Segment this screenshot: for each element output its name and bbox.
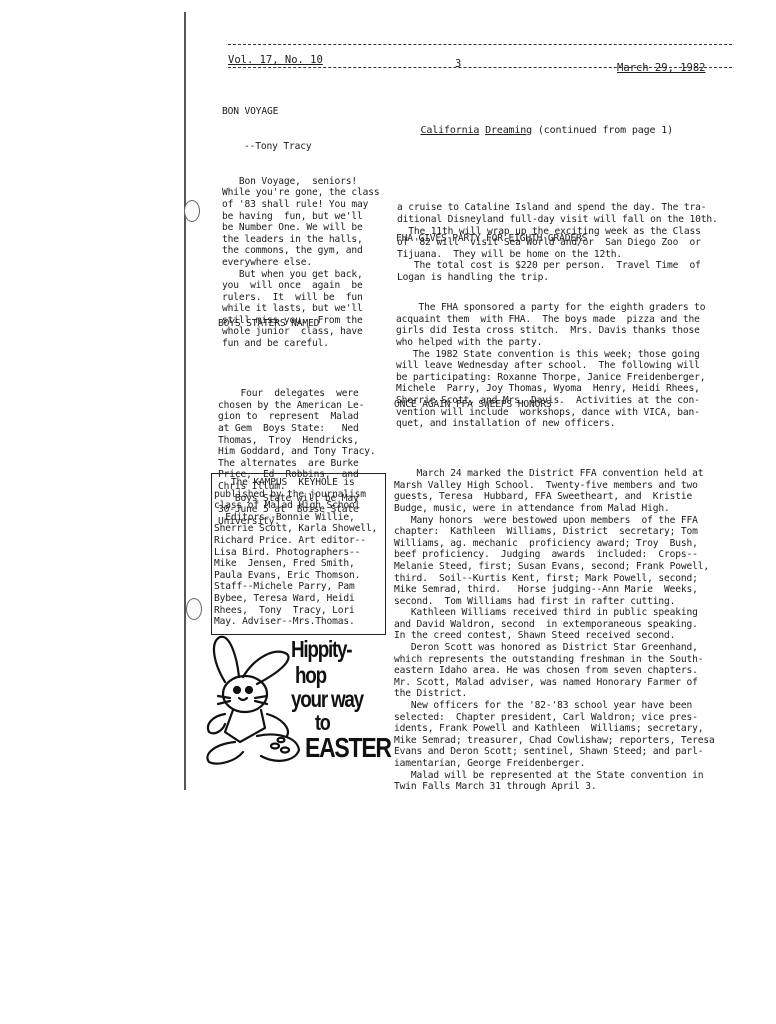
ad-line-1: Hippity- [291,636,351,663]
masthead-box: The KAMPUS KEYHOLE ispublished by the jo… [211,473,386,635]
text-line: Marsh Valley High School. Twenty-five me… [394,480,715,492]
text-line: everywhere else. [222,257,380,269]
article-title: BOYS STATERS NAMED [218,318,376,330]
ffa-article: ONCE AGAIN FFA SWEEPS HONORS March 24 ma… [394,376,715,804]
text-line: who helped with the party. [396,337,705,349]
text-line: March 24 marked the District FFA convent… [394,468,715,480]
text-line: Williams, ag. mechanic proficiency award… [394,538,715,550]
text-line: and David Waldron, second in extemporane… [394,619,715,631]
ad-line-3: your way [291,686,363,713]
text-line: Many honors were bestowed upon members o… [394,515,715,527]
hole-punch-bottom [186,598,202,620]
text-line: guests, Teresa Hubbard, FFA Sweetheart, … [394,491,715,503]
text-line: at Gem Boys State: Ned [218,423,376,435]
text-line: eastern Idaho area. He was chosen from s… [394,665,715,677]
text-line: idents, Frank Powell and Kathleen Willia… [394,723,715,735]
text-line: The alternates are Burke [218,458,376,470]
title-part: California [420,125,479,136]
text-line: chosen by the American Le- [218,400,376,412]
text-line: beef proficiency. Judging awards include… [394,549,715,561]
page-number: 3 [455,58,461,70]
masthead-text: The KAMPUS KEYHOLE ispublished by the jo… [212,474,385,628]
text-line: Lisa Bird. Photographers-- [214,547,385,559]
text-line: Staff--Michele Parry, Pam [214,581,385,593]
text-line: Richard Price. Art editor-- [214,535,385,547]
ad-line-5: EASTER [305,732,391,764]
text-line: The KAMPUS KEYHOLE is [214,477,385,489]
text-line: selected: Chapter president, Carl Waldro… [394,712,715,724]
text-line: Mike Semrad, third. Horse judging--Ann M… [394,584,715,596]
text-line: Mr. Scott, Malad adviser, was named Hono… [394,677,715,689]
text-line: class of Malad High School [214,500,385,512]
text-line: the commons, the gym, and [222,245,380,257]
article-byline: --Tony Tracy [222,141,380,153]
text-line: the leaders in the halls, [222,234,380,246]
bunny-icon [195,632,305,767]
text-line: Him Goddard, and Tony Tracy. [218,446,376,458]
text-line: you will once again be [222,280,380,292]
article-title: ONCE AGAIN FFA SWEEPS HONORS [394,399,715,411]
binding-line [184,12,186,790]
text-line: Rhees, Tony Tracy, Lori [214,605,385,617]
text-line: While you're gone, the class [222,187,380,199]
text-line: Melanie Steed, first; Susan Evans, secon… [394,561,715,573]
text-line: gion to represent Malad [218,411,376,423]
easter-ad: Hippity- hop your way to EASTER [195,632,395,767]
text-line: Paula Evans, Eric Thomson. [214,570,385,582]
text-line: acquaint them with FHA. The boys made pi… [396,314,705,326]
text-line: Deron Scott was honored as District Star… [394,642,715,654]
text-line: New officers for the '82-'83 school year… [394,700,715,712]
text-line: Malad will be represented at the State c… [394,770,715,782]
text-line: will leave Wednesday after school. The f… [396,360,705,372]
text-line: Twin Falls March 31 through April 3. [394,781,715,793]
text-line: Sherrie Scott, Karla Showell, [214,523,385,535]
article-title: FHA GIVES PARTY FOR EIGHTH GRADERS [396,233,705,245]
text-line: the District. [394,688,715,700]
ad-line-2: hop [295,662,326,689]
article-title: BON VOYAGE [222,106,380,118]
article-title: California Dreaming (continued from page… [397,113,718,148]
text-line: Mike Jensen, Fred Smith, [214,558,385,570]
text-line: chapter: Kathleen Williams, District sec… [394,526,715,538]
text-line: May. Adviser--Mrs.Thomas. [214,616,385,628]
issue-date: March 29, 1982 [617,62,706,74]
text-line: But when you get back, [222,269,380,281]
volume-number: Vol. 17, No. 10 [228,54,323,66]
text-line: Thomas, Troy Hendricks, [218,435,376,447]
text-line: Four delegates were [218,388,376,400]
text-line: In the creed contest, Shawn Steed receiv… [394,630,715,642]
text-line: Kathleen Williams received third in publ… [394,607,715,619]
text-line: iamentarian, George Freidenberger. [394,758,715,770]
text-line: published by the journalism [214,489,385,501]
article-body: March 24 marked the District FFA convent… [394,468,715,793]
text-line: The FHA sponsored a party for the eighth… [396,302,705,314]
text-line: The 1982 State convention is this week; … [396,349,705,361]
title-part: Dreaming [485,125,532,136]
text-line: Bon Voyage, seniors! [222,176,380,188]
text-line: which represents the outstanding freshma… [394,654,715,666]
text-line: Mike Semrad; treasurer, Chad Cowlishaw; … [394,735,715,747]
text-line: be Number One. We will be [222,222,380,234]
hole-punch-top [184,200,200,222]
text-line: of '83 shall rule! You may [222,199,380,211]
title-suffix: (continued from page 1) [532,125,673,136]
text-line: girls did Iesta cross stitch. Mrs. Davis… [396,325,705,337]
text-line: be having fun, but we'll [222,211,380,223]
top-dashed-rule [228,44,732,45]
text-line: third. Soil--Kurtis Kent, first; Mark Po… [394,573,715,585]
text-line: second. Tom Williams had first in rafter… [394,596,715,608]
text-line: Bybee, Teresa Ward, Heidi [214,593,385,605]
text-line: Budge, music, were in attendance from Ma… [394,503,715,515]
text-line: Evans and Deron Scott; sentinel, Shawn S… [394,746,715,758]
text-line: Editors--Bonnie Willie, [214,512,385,524]
